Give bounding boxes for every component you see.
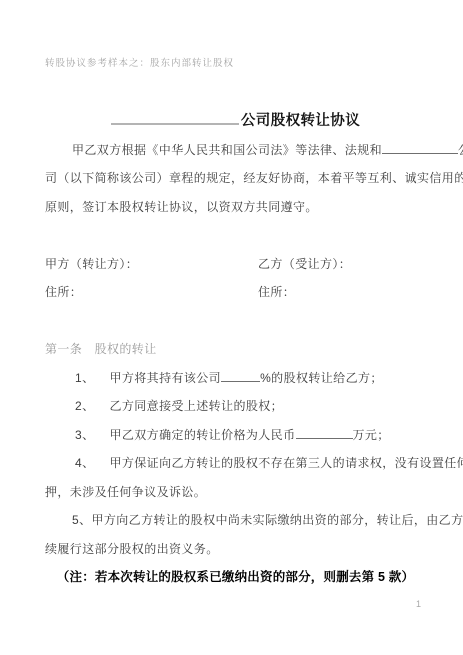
editor-note: （注：若本次转让的股权系已缴纳出资的部分，则删去第 5 款） [45, 563, 426, 592]
document-page: 转股协议参考样本之：股东内部转让股权 公司股权转让协议 甲乙双方根据《中华人民共… [0, 0, 463, 655]
intro-line-1-text: 甲乙双方根据《中华人民共和国公司法》等法律、法规和 [72, 143, 382, 157]
party-b-label: 乙方（受让方）： [258, 257, 351, 271]
spacer-line [45, 221, 426, 250]
clause-5-text-line-1: 甲方向乙方转让的股权中尚未实际缴纳出资的部分，转让后，由乙方继 [91, 513, 463, 527]
clause-2-text: 乙方同意接受上述转让的股权； [109, 399, 283, 413]
clause-1-number: 1、 [75, 371, 94, 385]
spacer-line [45, 79, 426, 108]
clause-2-number: 2、 [75, 399, 94, 413]
clause-5-number: 5、 [72, 513, 91, 527]
clause-5-line-2: 续履行这部分股权的出资义务。 [45, 535, 426, 564]
clause-4-text-line-1: 甲方保证向乙方转让的股权不存在第三人的请求权，没有设置任何质 [109, 456, 463, 470]
document-title-line: 公司股权转让协议 [45, 107, 426, 136]
clause-4-line-2: 押，未涉及任何争议及诉讼。 [45, 478, 426, 507]
company-name-blank [382, 141, 458, 154]
document-content: 转股协议参考样本之：股东内部转让股权 公司股权转让协议 甲乙双方根据《中华人民共… [0, 0, 463, 592]
address-a-label: 住所： [45, 278, 258, 307]
title-blank-underline [111, 109, 239, 126]
parties-line: 甲方（转让方）：乙方（受让方）： [45, 250, 426, 279]
address-b-label: 住所： [258, 285, 295, 299]
clause-5-line-1: 5、甲方向乙方转让的股权中尚未实际缴纳出资的部分，转让后，由乙方继 [45, 506, 426, 535]
percentage-blank [221, 369, 260, 382]
clause-1: 1、甲方将其持有该公司%的股权转让给乙方； [45, 364, 426, 393]
page-number: 1 [416, 599, 421, 609]
intro-line-1-tail: 公 [458, 143, 463, 157]
intro-line-2: 司（以下简称该公司）章程的规定，经友好协商，本着平等互利、诚实信用的 [45, 164, 426, 193]
section-1-heading: 第一条 股权的转让 [45, 335, 426, 364]
header-note: 转股协议参考样本之：股东内部转让股权 [45, 50, 426, 79]
spacer-line [45, 307, 426, 336]
clause-1-text-post: %的股权转让给乙方； [260, 371, 383, 385]
clause-2: 2、乙方同意接受上述转让的股权； [45, 392, 426, 421]
document-title: 公司股权转让协议 [241, 113, 360, 129]
intro-line-1: 甲乙双方根据《中华人民共和国公司法》等法律、法规和公 [45, 136, 426, 165]
clause-3: 3、甲乙双方确定的转让价格为人民币万元； [45, 421, 426, 450]
clause-3-number: 3、 [75, 428, 94, 442]
intro-line-3: 原则，签订本股权转让协议，以资双方共同遵守。 [45, 193, 426, 222]
clause-3-text-post: 万元； [353, 428, 390, 442]
clause-3-text-pre: 甲乙双方确定的转让价格为人民币 [109, 428, 295, 442]
party-a-label: 甲方（转让方）： [45, 250, 258, 279]
addresses-line: 住所：住所： [45, 278, 426, 307]
clause-4-line-1: 4、甲方保证向乙方转让的股权不存在第三人的请求权，没有设置任何质 [45, 449, 426, 478]
clause-4-number: 4、 [75, 456, 94, 470]
clause-1-text-pre: 甲方将其持有该公司 [109, 371, 221, 385]
price-blank [296, 426, 353, 439]
